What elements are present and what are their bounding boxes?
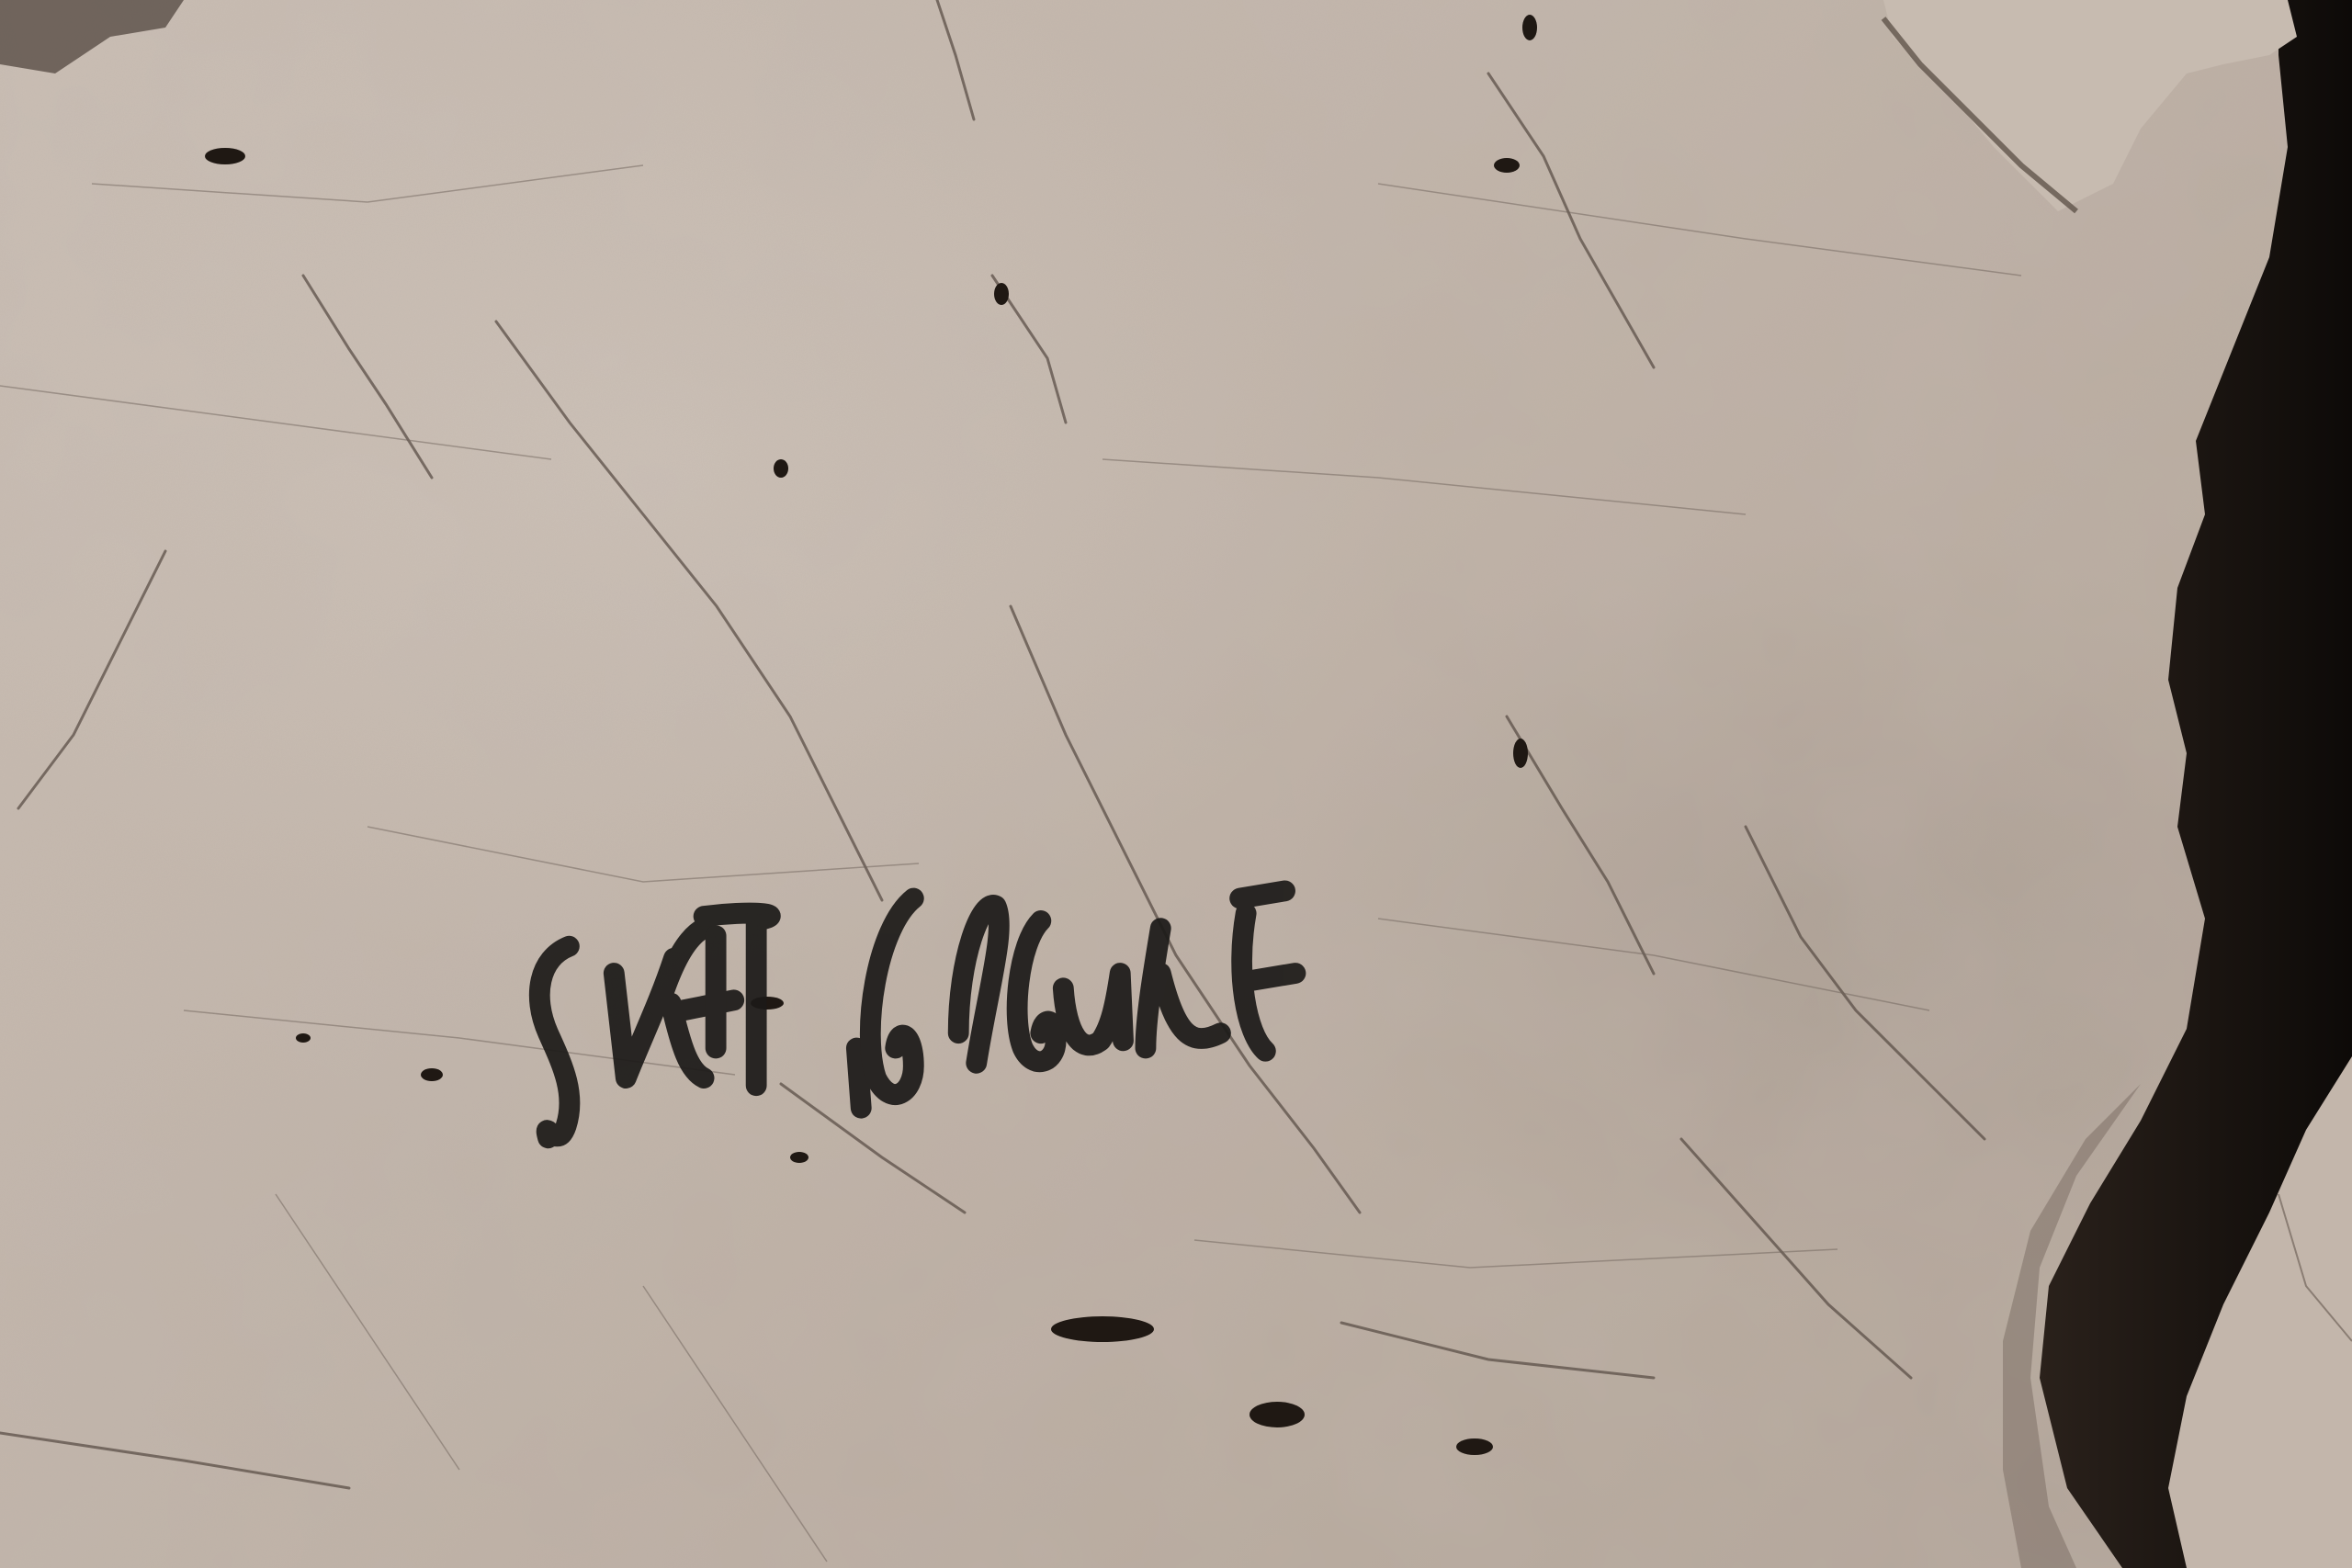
letter-e2 <box>1240 891 1295 1051</box>
letter-i <box>856 1048 861 1108</box>
letter-s <box>539 946 570 1138</box>
letter-r <box>958 905 999 1063</box>
rock-photo: svg[data-name="painted-inscription"] g {… <box>0 0 2352 1568</box>
letter-g <box>870 898 913 1095</box>
letter-r2 <box>1146 929 1221 1048</box>
letter-g2 <box>1017 920 1056 1061</box>
letter-u <box>1063 974 1123 1045</box>
painted-inscription <box>0 0 2352 1568</box>
